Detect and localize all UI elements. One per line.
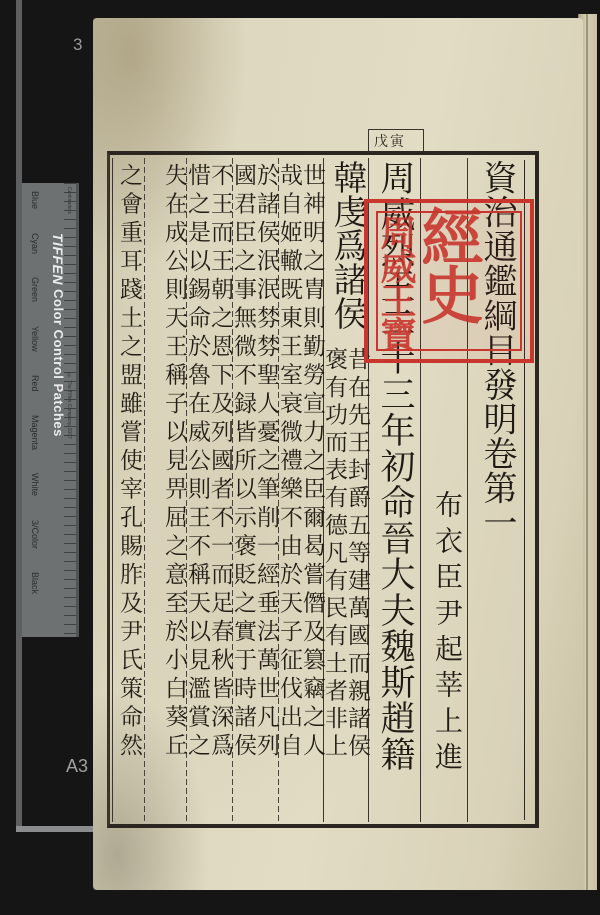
annotation-left: 褒有功而表有德凡有民有土者非上 [322,347,345,761]
patch-label: Black [30,572,40,594]
card-title: TIFFEN Color Control Patches [50,233,66,437]
margin-mark-top: 3 [73,35,82,55]
commentary-left: 之會重耳踐土之盟雖嘗使宰孔賜胙及尹氏策命然 [117,163,140,762]
commentary-right: 世神明之胄則勤勞宣力之臣爾曷嘗僭及篡竊之人 [300,163,323,762]
entry-continuation: 韓虔爲諸侯 [328,160,366,330]
card-copyright: © The Tiffen Company, 2007 [66,373,72,439]
patch-labels: Blue Cyan Green Yellow Red Magenta White… [30,191,40,615]
author-line: 布衣臣尹起莘上進 [431,490,463,778]
patch-label: Yellow [30,326,40,352]
commentary-right: 於諸侯泯泯棼棼聖人憂之筆削一經垂法萬世凡列 [254,163,277,762]
patch-label: Blue [30,191,40,209]
brand-logo: TIFFEN [50,233,66,285]
annotation-right: 昔在先王封爵五等建萬國而親諸侯 [345,347,368,761]
patch-label: White [30,473,40,496]
page-fold [586,14,588,890]
patch-label: Red [30,375,40,392]
margin-mark-bottom: A3 [66,756,88,777]
patch-label: Green [30,277,40,302]
ruler-unit-label: Centimeters [66,187,72,214]
patch-label: 3/Color [30,520,40,549]
column-rule [144,158,145,822]
header-tab: 戊寅 [374,131,406,151]
commentary-left: 哉自姬轍既東王室衰微禮樂不由於天子征伐出自 [277,163,300,762]
patch-label: Magenta [30,415,40,450]
scanner-frame [16,826,96,832]
seal-text-large: 經史 [415,205,479,321]
column-rule [112,158,113,822]
commentary-left: 惜之是以錫命於魯在威公則王不稱天以見濫賞之 [185,163,208,762]
patch-label: Cyan [30,233,40,254]
seal-text-small: 周威王寶 [376,214,416,350]
commentary-left: 國君臣之事無微不録皆所以示褒貶之實于時諸侯 [231,163,254,762]
card-title-text: Color Control Patches [51,289,66,437]
commentary-right: 失在成公則天王稱子以見畀屈之意至於小白葵丘 [162,163,185,762]
commentary-right: 不王而王朝之恩下及列國者不一而足春秋皆深爲 [208,163,231,762]
color-calibration-card: Centimeters Blue Cyan Green Yellow Red M… [22,183,79,637]
